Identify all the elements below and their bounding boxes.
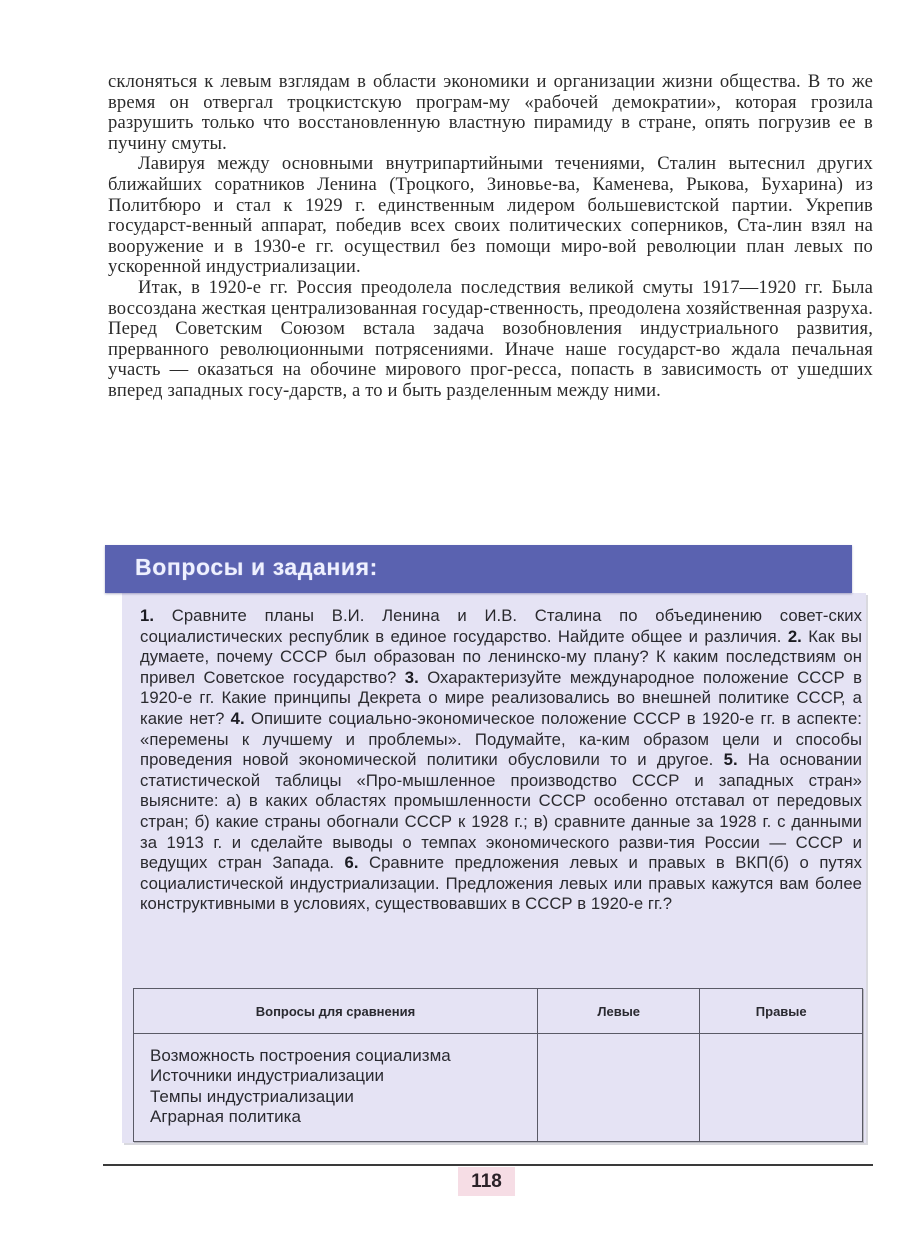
paragraph-1: склоняться к левым взглядам в области эк…: [108, 72, 873, 154]
question-number: 6.: [344, 853, 358, 872]
criterion-item: Источники индустриализации: [150, 1066, 537, 1086]
questions-title: Вопросы и задания:: [135, 554, 378, 581]
main-text: склоняться к левым взглядам в области эк…: [108, 72, 873, 402]
table-header-row: Вопросы для сравнения Левые Правые: [134, 989, 863, 1034]
table-row: Возможность построения социализма Источн…: [134, 1034, 863, 1142]
questions-header: Вопросы и задания:: [105, 545, 852, 593]
question-number: 3.: [405, 668, 419, 687]
question-1: 1. Сравните планы В.И. Ленина и И.В. Ста…: [140, 606, 862, 646]
header-questions: Вопросы для сравнения: [134, 989, 538, 1034]
paragraph-3: Итак, в 1920-е гг. Россия преодолела пос…: [108, 278, 873, 402]
criterion-item: Темпы индустриализации: [150, 1087, 537, 1107]
question-number: 1.: [140, 606, 154, 625]
right-answers-cell: [700, 1034, 863, 1142]
criterion-item: Аграрная политика: [150, 1107, 537, 1127]
question-number: 5.: [724, 750, 738, 769]
comparison-criteria-cell: Возможность построения социализма Источн…: [134, 1034, 538, 1142]
comparison-table: Вопросы для сравнения Левые Правые Возмо…: [133, 988, 863, 1142]
page-number: 118: [458, 1167, 515, 1196]
criterion-item: Возможность построения социализма: [150, 1046, 537, 1066]
left-answers-cell: [537, 1034, 699, 1142]
footer-rule: [103, 1164, 873, 1166]
comparison-criteria-list: Возможность построения социализма Источн…: [134, 1034, 537, 1128]
paragraph-2: Лавируя между основными внутрипартийными…: [108, 154, 873, 278]
question-number: 4.: [231, 709, 245, 728]
questions-list: 1. Сравните планы В.И. Ленина и И.В. Ста…: [140, 606, 862, 915]
question-text: Сравните планы В.И. Ленина и И.В. Сталин…: [140, 606, 862, 646]
header-left: Левые: [537, 989, 699, 1034]
header-right: Правые: [700, 989, 863, 1034]
question-number: 2.: [788, 627, 802, 646]
